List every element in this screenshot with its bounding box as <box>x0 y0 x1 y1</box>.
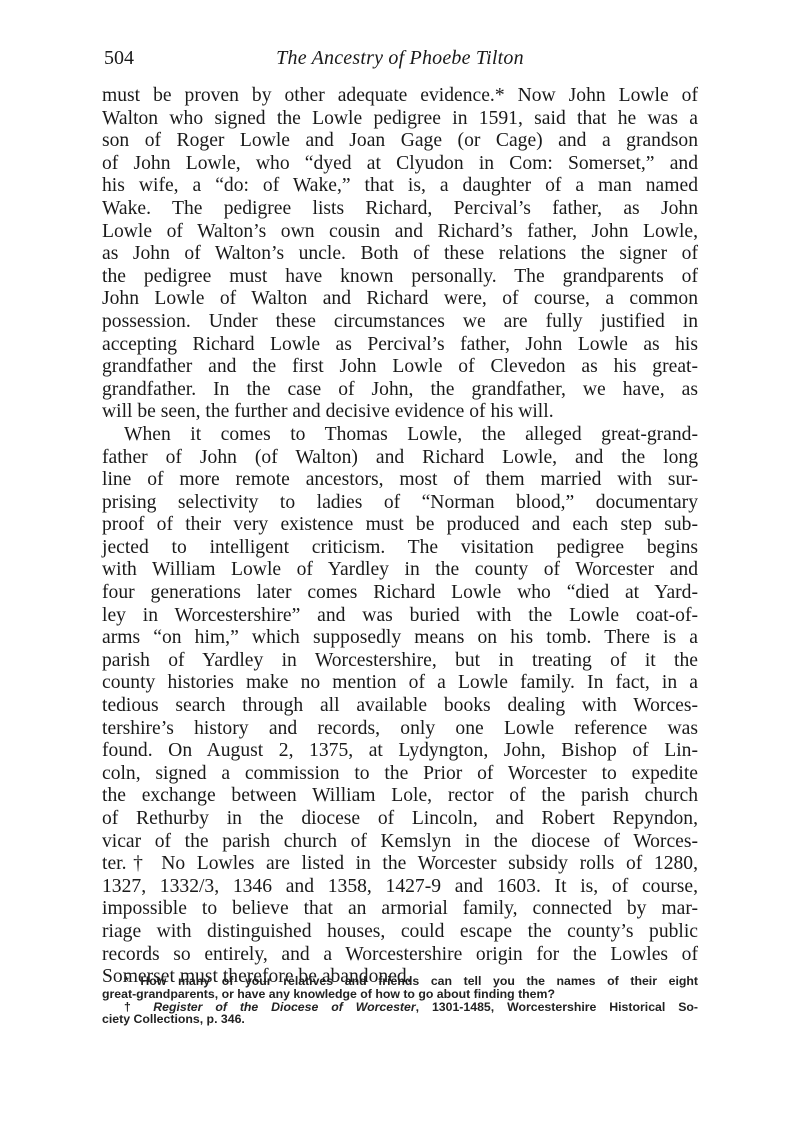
text-line: proof of their very existence must be pr… <box>102 514 698 537</box>
text-line: his wife, a “do: of Wake,” that is, a da… <box>102 175 698 198</box>
text-line: possession. Under these circumstances we… <box>102 311 698 334</box>
text-line: parish of Yardley in Worcestershire, but… <box>102 650 698 673</box>
text-line: Walton who signed the Lowle pedigree in … <box>102 108 698 131</box>
text-line: arms “on him,” which supposedly means on… <box>102 627 698 650</box>
text-line: grandfather and the first John Lowle of … <box>102 356 698 379</box>
text-line: John Lowle of Walton and Richard were, o… <box>102 288 698 311</box>
text-line: line of more remote ancestors, most of t… <box>102 469 698 492</box>
text-line: found. On August 2, 1375, at Lydyngton, … <box>102 740 698 763</box>
text-line: son of Roger Lowle and Joan Gage (or Cag… <box>102 130 698 153</box>
text-line: the pedigree must have known personally.… <box>102 266 698 289</box>
text-line: with William Lowle of Yardley in the cou… <box>102 559 698 582</box>
text-line: ter.† No Lowles are listed in the Worces… <box>102 853 698 876</box>
text-line: riage with distinguished houses, could e… <box>102 921 698 944</box>
footnote-dagger: † Register of the Diocese of Worcester, … <box>102 1001 698 1027</box>
footnotes: * How many of your relatives and friends… <box>102 975 698 1026</box>
text-line: vicar of the parish church of Kemslyn in… <box>102 831 698 854</box>
text-line: coln, signed a commission to the Prior o… <box>102 763 698 786</box>
footnote-asterisk: * How many of your relatives and friends… <box>102 975 698 1001</box>
text-line: prising selectivity to ladies of “Norman… <box>102 492 698 515</box>
text-line: of Rethurby in the diocese of Lincoln, a… <box>102 808 698 831</box>
text-line: tershire’s history and records, only one… <box>102 718 698 741</box>
text-line: When it comes to Thomas Lowle, the alleg… <box>102 424 698 447</box>
running-head: 504 The Ancestry of Phoebe Tilton <box>102 44 698 72</box>
text-line: accepting Richard Lowle as Percival’s fa… <box>102 334 698 357</box>
text-line: impossible to believe that an armorial f… <box>102 898 698 921</box>
book-page: 504 The Ancestry of Phoebe Tilton must b… <box>102 44 698 989</box>
text-line: will be seen, the further and decisive e… <box>102 401 698 424</box>
footnote-line: ciety Collections, p. 346. <box>102 1013 698 1026</box>
text-line: four generations later comes Richard Low… <box>102 582 698 605</box>
text-line: as John of Walton’s uncle. Both of these… <box>102 243 698 266</box>
running-title: The Ancestry of Phoebe Tilton <box>102 47 698 70</box>
text-line: Lowle of Walton’s own cousin and Richard… <box>102 221 698 244</box>
text-line: 1327, 1332/3, 1346 and 1358, 1427-9 and … <box>102 876 698 899</box>
text-line: ley in Worcestershire” and was buried wi… <box>102 605 698 628</box>
text-line: jected to intelligent criticism. The vis… <box>102 537 698 560</box>
text-line: tedious search through all available boo… <box>102 695 698 718</box>
footnote-line: * How many of your relatives and friends… <box>102 975 698 988</box>
text-line: Wake. The pedigree lists Richard, Perciv… <box>102 198 698 221</box>
text-line: the exchange between William Lole, recto… <box>102 785 698 808</box>
paragraph-2: When it comes to Thomas Lowle, the alleg… <box>102 424 698 989</box>
text-line: must be proven by other adequate evidenc… <box>102 85 698 108</box>
text-line: of John Lowle, who “dyed at Clyudon in C… <box>102 153 698 176</box>
text-line: county histories make no mention of a Lo… <box>102 672 698 695</box>
paragraph-1: must be proven by other adequate evidenc… <box>102 85 698 424</box>
text-line: father of John (of Walton) and Richard L… <box>102 447 698 470</box>
body-text: must be proven by other adequate evidenc… <box>102 85 698 989</box>
text-line: grandfather. In the case of John, the gr… <box>102 379 698 402</box>
citation-detail: , 1301-1485, Worcestershire Historical S… <box>416 1000 698 1014</box>
text-line: records so entirely, and a Worcestershir… <box>102 944 698 967</box>
